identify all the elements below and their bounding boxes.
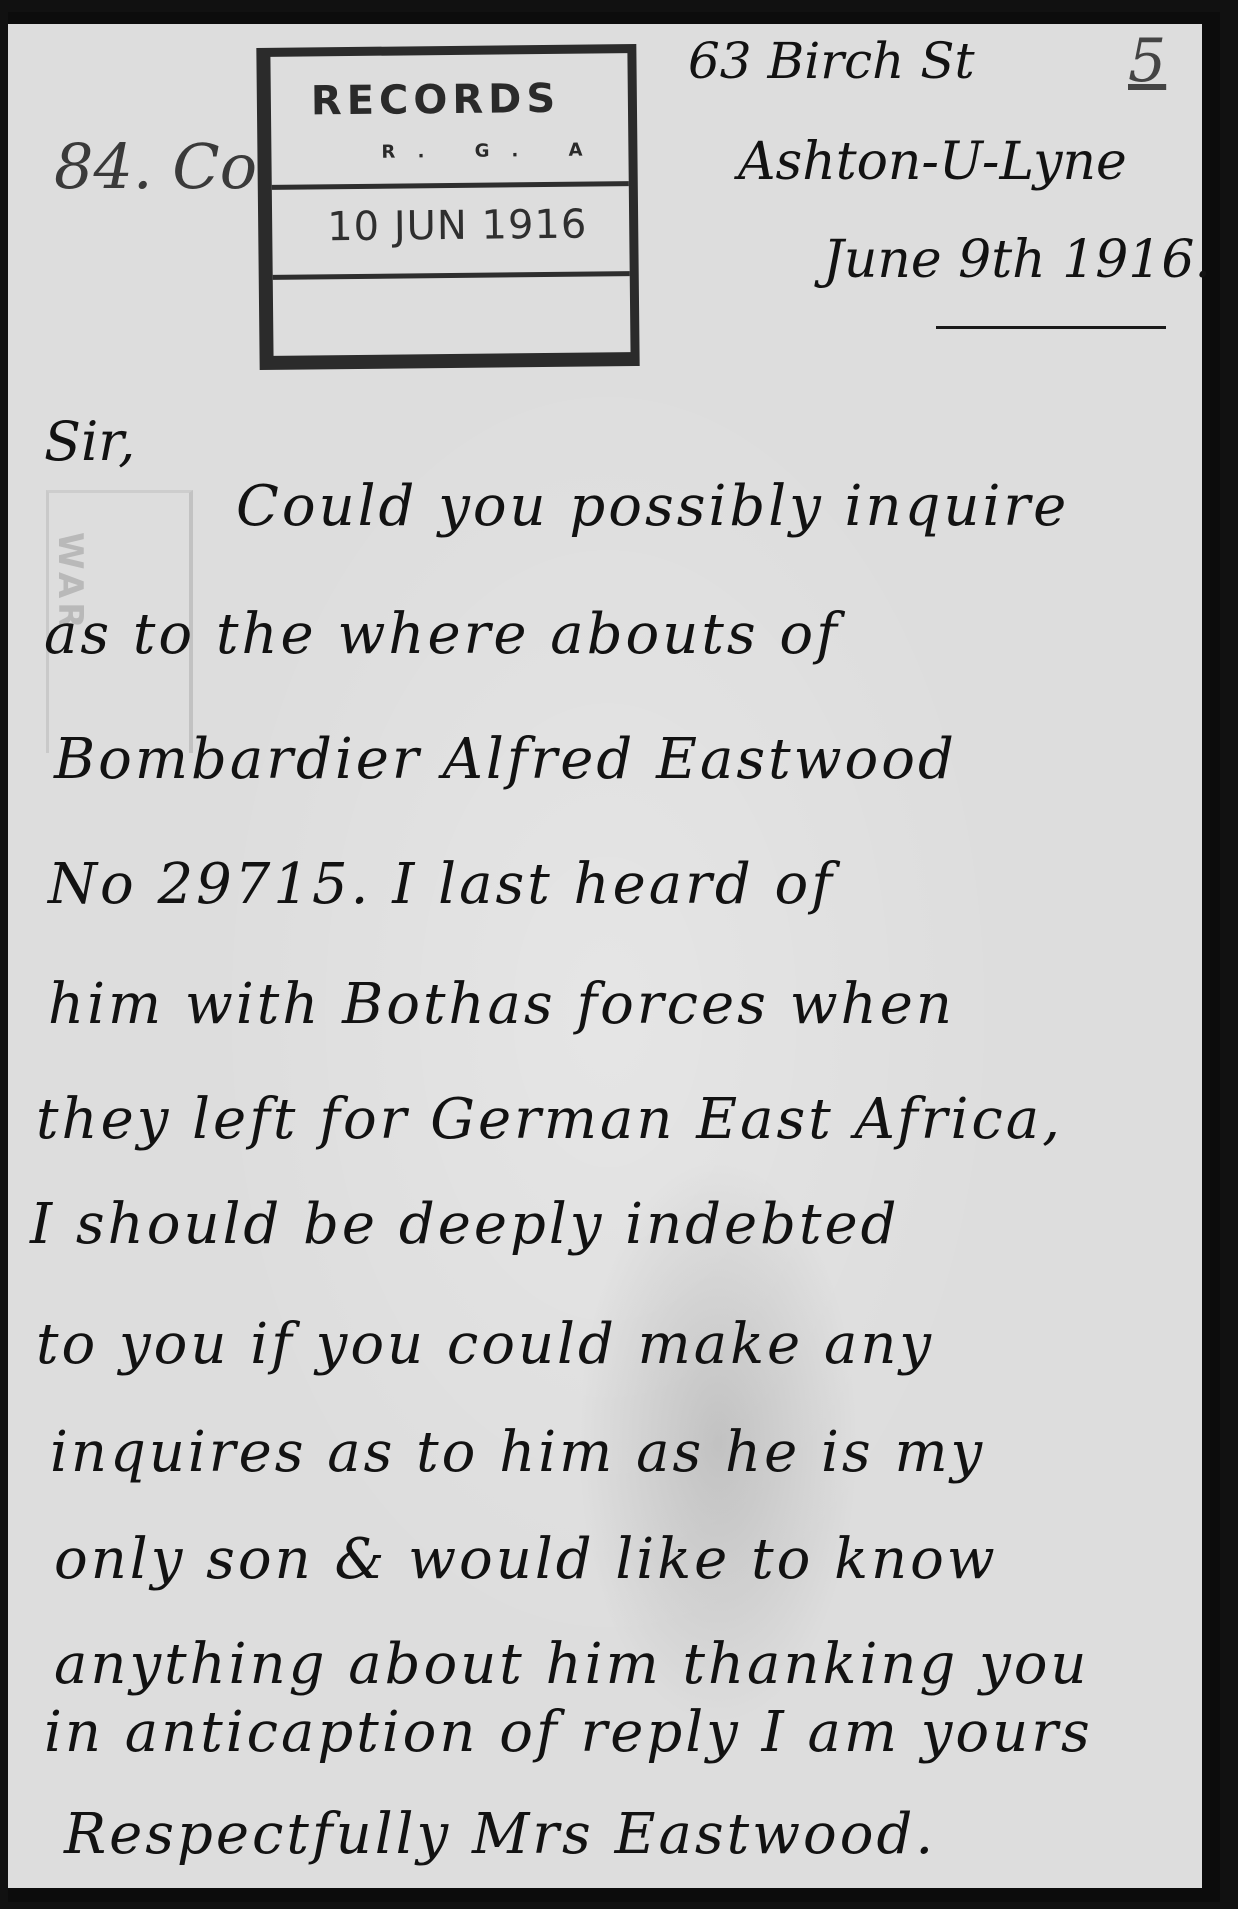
body-line: they left for German East Africa,: [36, 1087, 1063, 1152]
scan-border-right: [1202, 12, 1220, 1902]
address-street: 63 Birch St: [688, 32, 975, 90]
body-line: as to the where abouts of: [44, 602, 840, 667]
body-line: Could you possibly inquire: [236, 474, 1069, 539]
body-line: him with Bothas forces when: [48, 972, 955, 1037]
body-line: I should be deeply indebted: [30, 1192, 899, 1257]
body-line: anything about him thanking you: [54, 1632, 1089, 1697]
stamp-divider: [272, 181, 629, 190]
folio-number: 5: [1128, 26, 1166, 96]
stamp-title: RECORDS: [311, 76, 561, 125]
stamp-subtitle: R. G. A: [381, 139, 604, 162]
scan-border-top: [8, 12, 1220, 24]
letter-date: June 9th 1916.: [823, 230, 1211, 290]
signature: Respectfully Mrs Eastwood.: [64, 1802, 936, 1867]
body-line: to you if you could make any: [36, 1312, 934, 1377]
stamp-date: 10 JUN 1916: [327, 202, 588, 251]
body-line: only son & would like to know: [54, 1527, 998, 1592]
body-line: in anticaption of reply I am yours: [44, 1700, 1093, 1765]
body-line: inquires as to him as he is my: [50, 1420, 985, 1485]
scan-border-bottom: [8, 1888, 1220, 1902]
address-town: Ashton-U-Lyne: [738, 132, 1127, 192]
body-line: Bombardier Alfred Eastwood: [54, 727, 957, 792]
letter-page: WAR 84. Co RECORDS R. G. A 10 JUN 1916 6…: [8, 12, 1220, 1902]
stamp-divider: [273, 271, 630, 280]
body-line: No 29715. I last heard of: [48, 852, 835, 917]
salutation: Sir,: [44, 410, 135, 473]
records-stamp: RECORDS R. G. A 10 JUN 1916: [256, 44, 639, 370]
margin-note: 84. Co: [54, 130, 257, 203]
date-underline: [936, 326, 1166, 329]
